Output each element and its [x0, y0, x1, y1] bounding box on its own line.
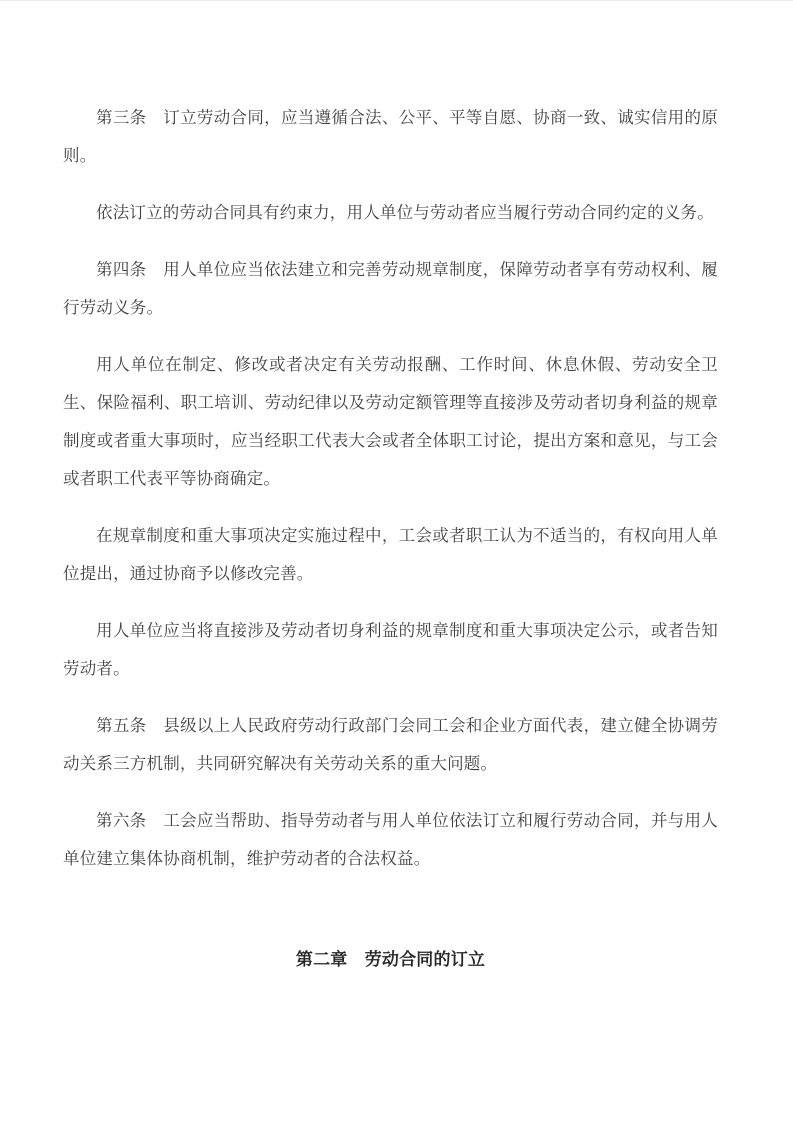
paragraph-article-3-cont: 依法订立的劳动合同具有约束力，用人单位与劳动者应当履行劳动合同约定的义务。 [63, 194, 718, 232]
paragraph-article-4: 第四条 用人单位应当依法建立和完善劳动规章制度，保障劳动者享有劳动权利、履行劳动… [63, 251, 718, 327]
paragraph-article-5: 第五条 县级以上人民政府劳动行政部门会同工会和企业方面代表，建立健全协调劳动关系… [63, 707, 718, 783]
paragraph-article-6: 第六条 工会应当帮助、指导劳动者与用人单位依法订立和履行劳动合同，并与用人单位建… [63, 802, 718, 878]
chapter-heading: 第二章 劳动合同的订立 [63, 941, 718, 979]
paragraph-article-4-clause-3: 在规章制度和重大事项决定实施过程中，工会或者职工认为不适当的，有权向用人单位提出… [63, 517, 718, 593]
paragraph-article-4-clause-4: 用人单位应当将直接涉及劳动者切身利益的规章制度和重大事项决定公示，或者告知劳动者… [63, 612, 718, 688]
paragraph-article-3: 第三条 订立劳动合同，应当遵循合法、公平、平等自愿、协商一致、诚实信用的原则。 [63, 99, 718, 175]
paragraph-article-4-clause-2: 用人单位在制定、修改或者决定有关劳动报酬、工作时间、休息休假、劳动安全卫生、保险… [63, 346, 718, 498]
document-page: 第三条 订立劳动合同，应当遵循合法、公平、平等自愿、协商一致、诚实信用的原则。 … [0, 0, 793, 1122]
